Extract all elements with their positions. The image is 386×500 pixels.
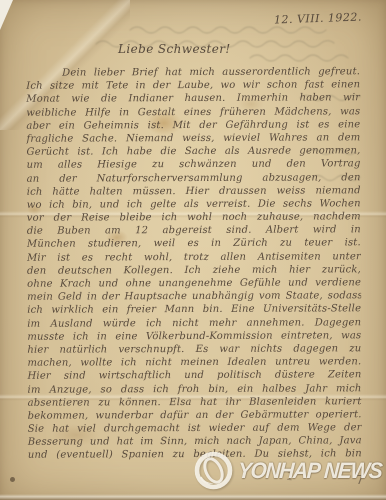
handwritten-line: München studieren, weil es in Zürich zu … (27, 237, 361, 252)
handwritten-line: und (eventuell) Spanien zu begleiten. Du… (28, 448, 362, 463)
handwritten-line: aber ein Geheimnis ist. Mit der Gefährdu… (26, 118, 360, 133)
handwritten-line: um alles Hiesige zu schwänzen und den Vo… (27, 158, 361, 173)
paper-bottom-edge (0, 494, 386, 500)
handwritten-line: ich hätte halten müssen. Hier draussen w… (27, 184, 361, 199)
ink-spot (10, 477, 15, 482)
handwritten-line: absentieren zu können. Elsa hat ihr Blas… (28, 395, 362, 410)
handwritten-line: Monat wie die Indianer hausen. Immerhin … (26, 92, 360, 107)
handwritten-line: im Ausland würde ich nicht mehr annehmen… (27, 316, 361, 331)
pencil-mark: 1 (285, 471, 294, 484)
handwritten-line: weibliche Hilfe in Gestalt eines frühere… (26, 105, 360, 120)
pencil-page-number: 7 (356, 474, 364, 486)
handwritten-line: im Anzuge, so dass ich froh bin, ein hal… (28, 382, 362, 397)
handwritten-line: musste ich in eine Völkerbund-Kommission… (27, 329, 361, 344)
letter-body: Dein lieber Brief hat mich ausserordentl… (26, 65, 362, 462)
handwritten-line: Mir ist es recht wohl, trotz allen Antis… (27, 250, 361, 265)
letter-date: 12. VIII. 1922. (274, 10, 362, 27)
handwritten-line: an der Naturforscherversammlung abzusage… (27, 171, 361, 186)
handwritten-line: Hier sind wirtschaftlich und politisch d… (27, 369, 361, 384)
letter-salutation: Liebe Schwester! (118, 42, 231, 57)
letter-photograph: 12. VIII. 1922. Liebe Schwester! Dein li… (0, 0, 386, 500)
handwritten-line: ich wirklich ein freier Mann bin. Eine U… (27, 303, 361, 318)
